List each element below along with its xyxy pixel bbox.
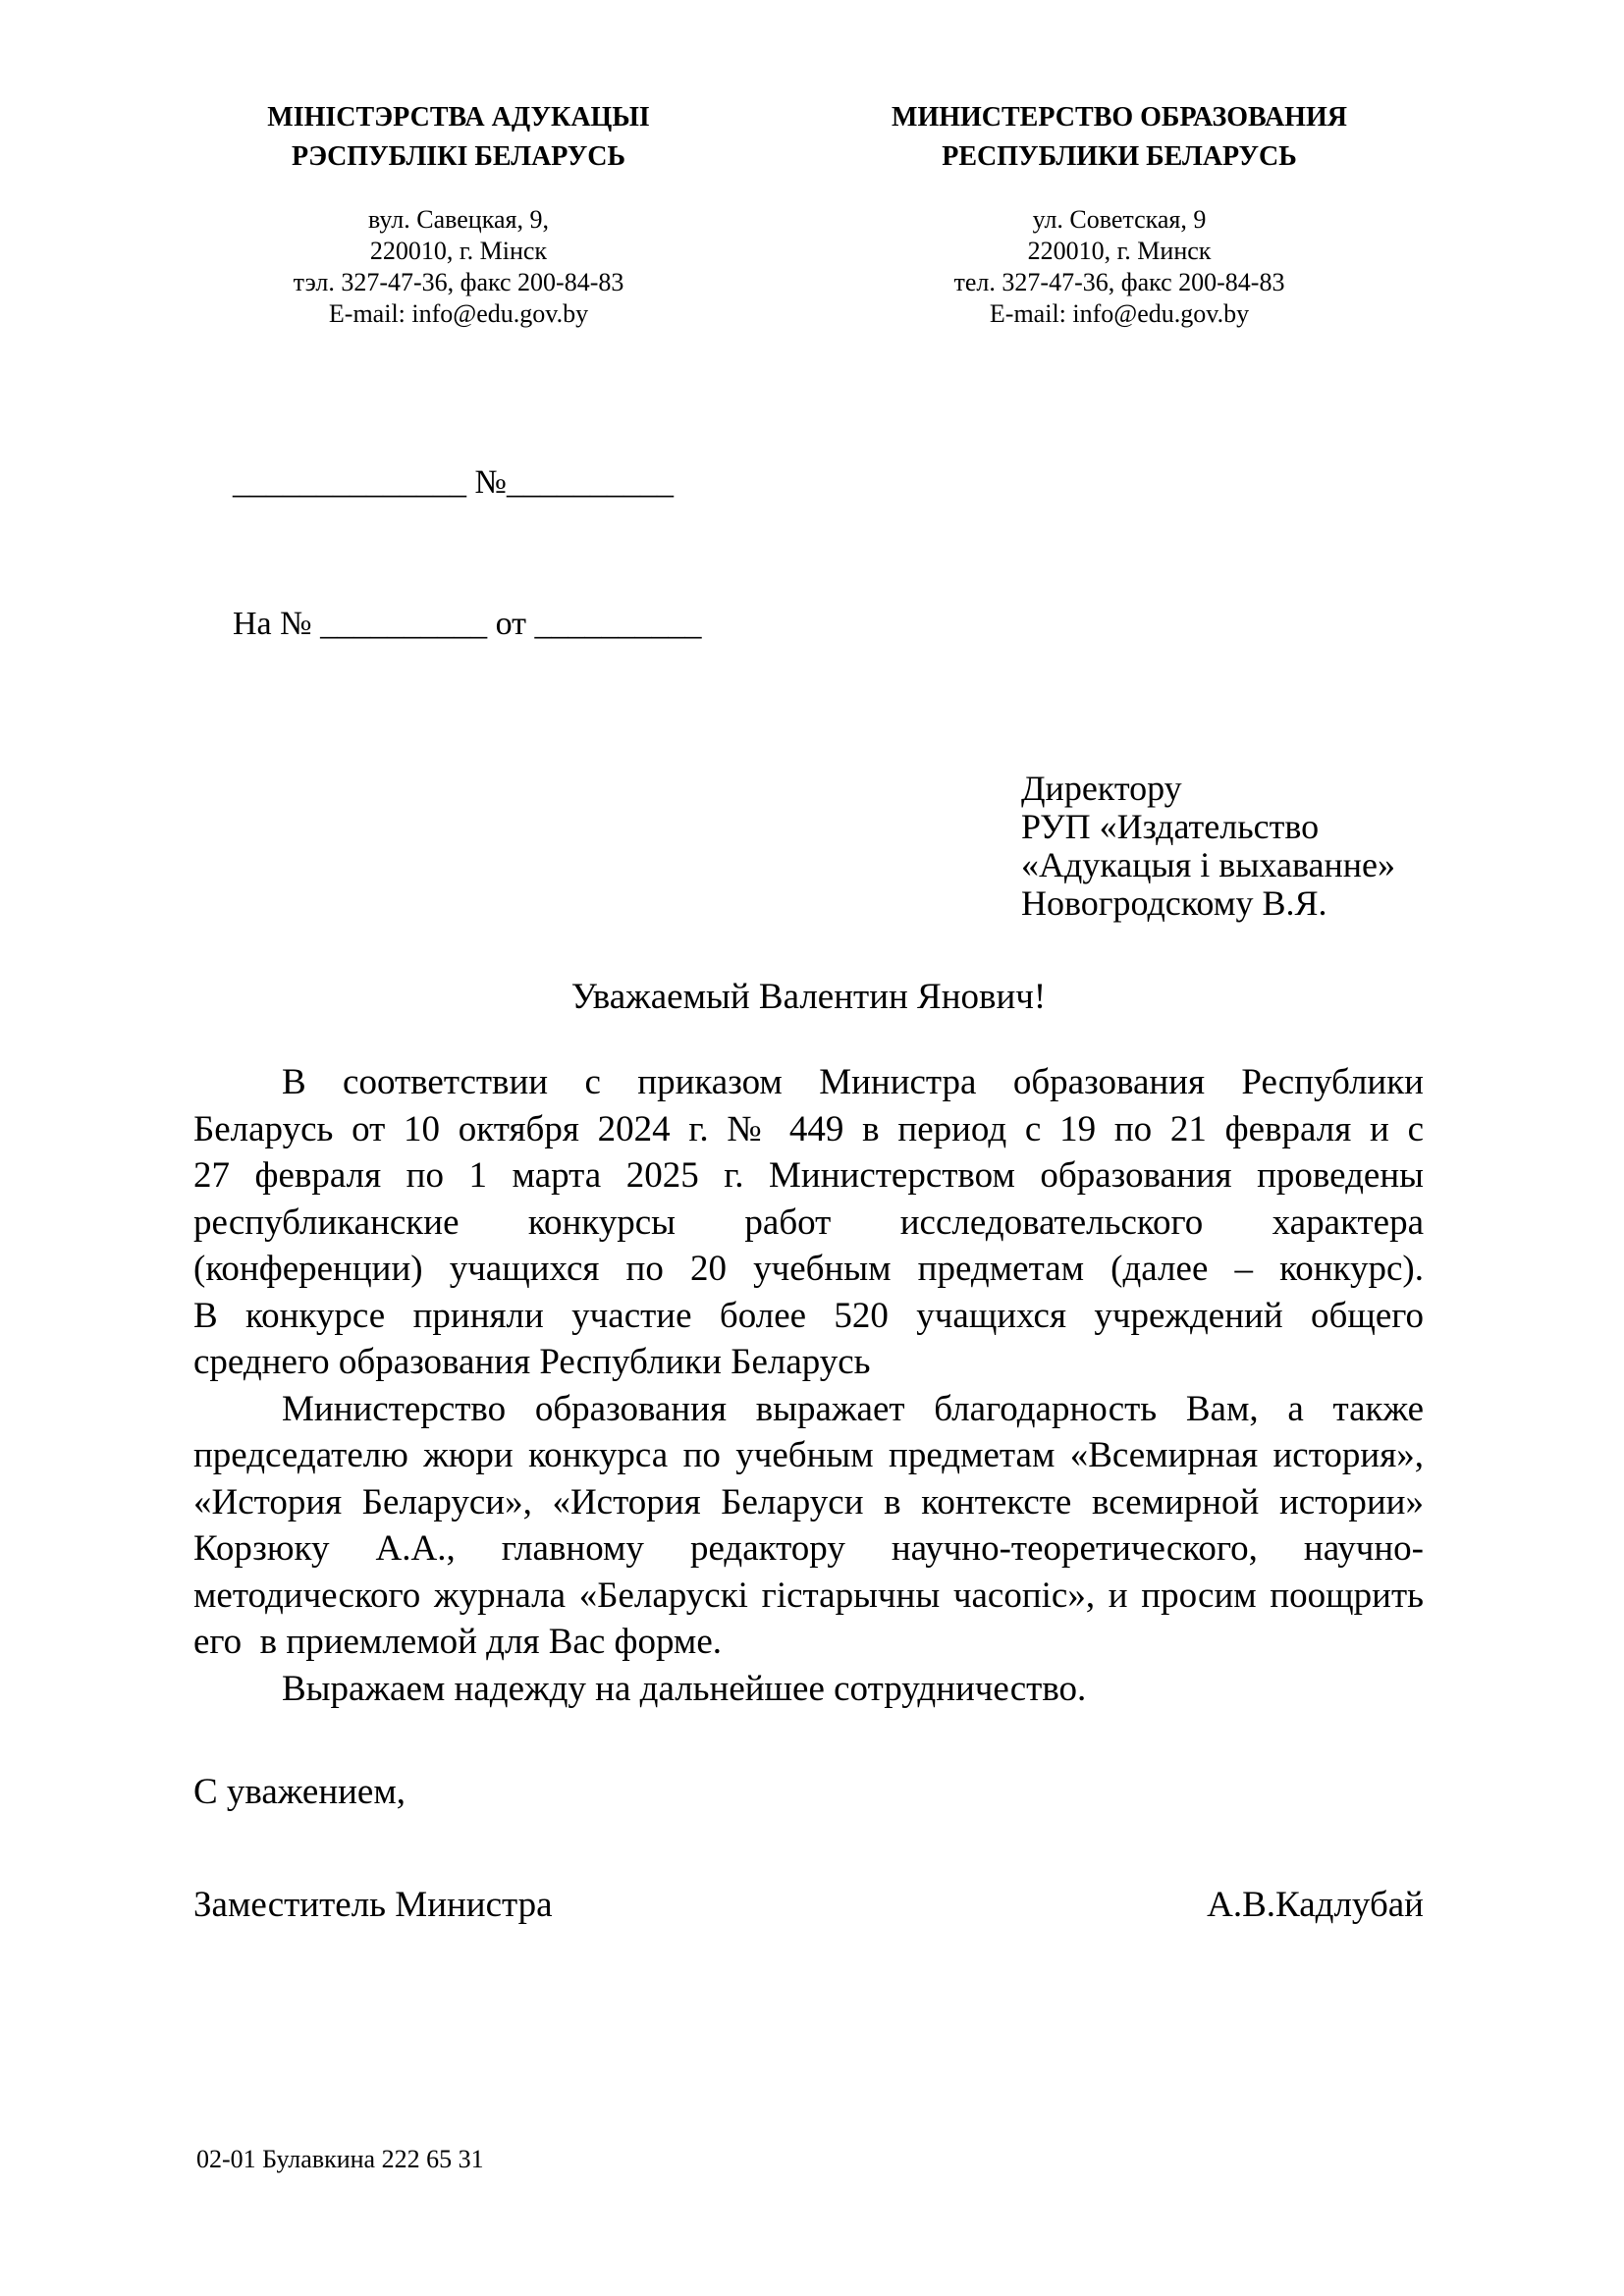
body-line: Беларусь от 10 октября 2024 г. № 449 в п… (193, 1106, 1424, 1153)
letterhead: МІНІСТЭРСТВА АДУКАЦЫІ РЭСПУБЛІКІ БЕЛАРУС… (193, 98, 1424, 330)
body-line: (конференции) учащихся по 20 учебным пре… (193, 1246, 1424, 1293)
org-name-russian: МИНИСТЕРСТВО ОБРАЗОВАНИЯ РЕСПУБЛИКИ БЕЛА… (815, 98, 1424, 177)
letter-body: В соответствии с приказом Министра образ… (193, 1059, 1424, 1712)
outgoing-number-line: ______________ №__________ (233, 459, 1424, 507)
address-street: вул. Савецкая, 9, (193, 204, 724, 236)
body-line: его в приемлемой для Вас форме. (193, 1619, 1424, 1666)
org-name-line: РЭСПУБЛІКІ БЕЛАРУСЬ (193, 137, 724, 177)
body-line: В конкурсе приняли участие более 520 уча… (193, 1293, 1424, 1340)
body-line: В соответствии с приказом Министра образ… (193, 1059, 1424, 1106)
body-line: председателю жюри конкурса по учебным пр… (193, 1432, 1424, 1479)
letter-page: МІНІСТЭРСТВА АДУКАЦЫІ РЭСПУБЛІКІ БЕЛАРУС… (0, 0, 1624, 2296)
signer-title: Заместитель Министра (193, 1882, 553, 1928)
body-line: республиканские конкурсы работ исследова… (193, 1200, 1424, 1247)
body-line: 27 февраля по 1 марта 2025 г. Министерст… (193, 1152, 1424, 1200)
salutation: Уважаемый Валентин Янович! (193, 974, 1424, 1020)
addressee-name: Новогродскому В.Я. (1021, 884, 1424, 923)
org-address-belarusian: вул. Савецкая, 9, 220010, г. Мінск тэл. … (193, 204, 724, 330)
addressee-organization: РУП «Издательство (1021, 808, 1424, 846)
closing-phrase: С уважением, (193, 1769, 1424, 1815)
executor-note: 02-01 Булавкина 222 65 31 (196, 2145, 484, 2174)
address-city: 220010, г. Мінск (193, 236, 724, 267)
org-name-line: МІНІСТЭРСТВА АДУКАЦЫІ (193, 98, 724, 137)
letterhead-russian: МИНИСТЕРСТВО ОБРАЗОВАНИЯ РЕСПУБЛИКИ БЕЛА… (815, 98, 1424, 330)
body-line: Корзюку А.А., главному редактору научно-… (193, 1525, 1424, 1573)
org-name-belarusian: МІНІСТЭРСТВА АДУКАЦЫІ РЭСПУБЛІКІ БЕЛАРУС… (193, 98, 724, 177)
body-line: «История Беларуси», «История Беларуси в … (193, 1479, 1424, 1526)
org-address-russian: ул. Советская, 9 220010, г. Минск тел. 3… (815, 204, 1424, 330)
body-line: Министерство образования выражает благод… (193, 1386, 1424, 1433)
address-email: E-mail: info@edu.gov.by (193, 298, 724, 330)
addressee-organization: «Адукацыя і выхаванне» (1021, 846, 1424, 884)
address-phone-fax: тэл. 327-47-36, факс 200-84-83 (193, 267, 724, 298)
address-city: 220010, г. Минск (815, 236, 1424, 267)
signer-name: А.В.Кадлубай (1207, 1882, 1424, 1928)
addressee-position: Директору (1021, 770, 1424, 808)
body-line: Выражаем надежду на дальнейшее сотруднич… (193, 1666, 1424, 1713)
org-name-line: РЕСПУБЛИКИ БЕЛАРУСЬ (815, 137, 1424, 177)
body-line: среднего образования Республики Беларусь (193, 1339, 1424, 1386)
address-street: ул. Советская, 9 (815, 204, 1424, 236)
org-name-line: МИНИСТЕРСТВО ОБРАЗОВАНИЯ (815, 98, 1424, 137)
reference-block: ______________ №__________ На № ________… (233, 365, 1424, 742)
addressee-block: Директору РУП «Издательство «Адукацыя і … (1021, 770, 1424, 923)
body-line: методического журнала «Беларускі гістары… (193, 1573, 1424, 1620)
address-email: E-mail: info@edu.gov.by (815, 298, 1424, 330)
incoming-number-line: На № __________ от __________ (233, 601, 1424, 648)
letterhead-belarusian: МІНІСТЭРСТВА АДУКАЦЫІ РЭСПУБЛІКІ БЕЛАРУС… (193, 98, 724, 330)
address-phone-fax: тел. 327-47-36, факс 200-84-83 (815, 267, 1424, 298)
signature-row: Заместитель Министра А.В.Кадлубай (193, 1882, 1424, 1928)
